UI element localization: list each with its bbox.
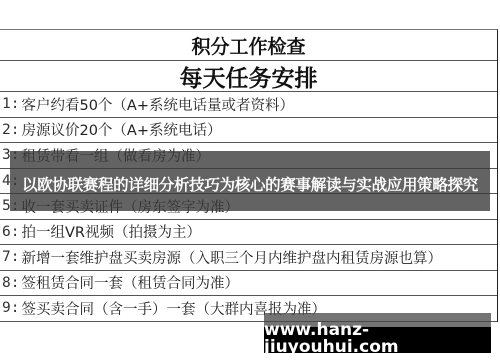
task-number: 2: bbox=[2, 122, 19, 138]
task-number: 9: bbox=[2, 300, 19, 316]
task-row-1: 1: 客户约看50个（A+系统电话量或者资料） bbox=[0, 92, 497, 118]
watermark-box: www.hanz-jiuyouhui.com bbox=[264, 327, 491, 353]
task-number: 7: bbox=[2, 249, 19, 265]
table-title: 积分工作检查 bbox=[0, 30, 497, 61]
task-text: 房源议价20个（A+系统电话） bbox=[21, 119, 221, 140]
task-text: 签租赁合同一套（租赁合同为准） bbox=[21, 272, 239, 293]
task-number: 6: bbox=[2, 224, 19, 240]
title-banner-overlay: 以欧协联赛程的详细分析技巧为核心的赛事解读与实战应用策略探究 bbox=[10, 151, 490, 211]
task-number: 8: bbox=[2, 275, 19, 291]
task-row-8: 8: 签租赁合同一套（租赁合同为准） bbox=[0, 271, 497, 297]
task-number: 1: bbox=[2, 96, 19, 112]
task-text: 新增一套维护盘买卖房源（入职三个月内维护盘内租赁房源也算） bbox=[21, 247, 442, 268]
task-row-2: 2: 房源议价20个（A+系统电话） bbox=[0, 118, 497, 144]
task-text: 客户约看50个（A+系统电话量或者资料） bbox=[21, 94, 294, 115]
banner-title: 以欧协联赛程的详细分析技巧为核心的赛事解读与实战应用策略探究 bbox=[22, 173, 478, 195]
task-text: 拍一组VR视频（拍摄为主） bbox=[21, 221, 201, 242]
watermark-text: www.hanz-jiuyouhui.com bbox=[264, 322, 491, 356]
task-row-7: 7: 新增一套维护盘买卖房源（入职三个月内维护盘内租赁房源也算） bbox=[0, 245, 497, 271]
task-row-6: 6: 拍一组VR视频（拍摄为主） bbox=[0, 220, 497, 246]
table-subtitle: 每天任务安排 bbox=[0, 61, 497, 92]
